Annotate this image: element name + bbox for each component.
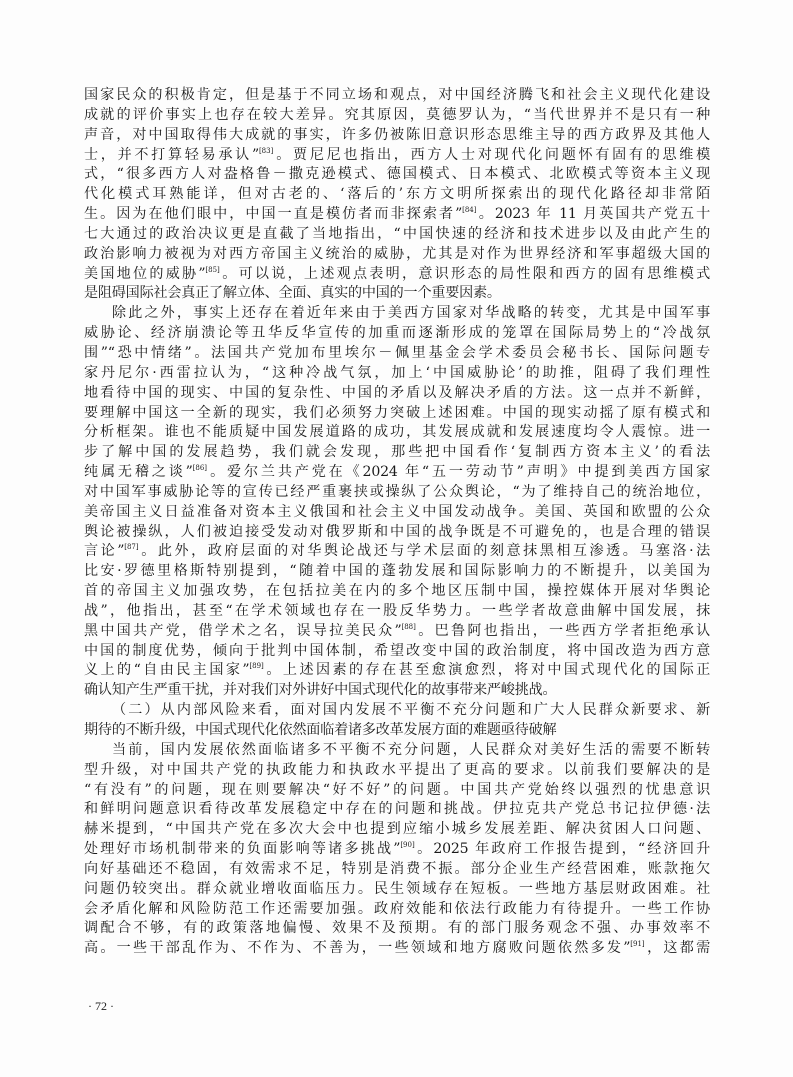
line-text: “有没有”的问题，现在则要解决“好不好”的问题。中国共产党始终以强烈的忧患意识 <box>84 782 710 798</box>
line-text: 生。因为在他们眼中，中国一直是模仿者而非探索者” <box>84 206 462 222</box>
line-text: 赫米提到，“中国共产党在多次大会中也提到应缩小城乡发展差距、解决贫困人口问题、 <box>84 821 710 837</box>
text-line: 七大通过的政治决议更是直截了当地指出，“中国快速的经济和技术进步以及由此产生的 <box>84 225 710 245</box>
line-text: 代化模式耳熟能详，但对古老的、‘落后的’东方文明所探索出的现代化路径却非常陌 <box>84 186 710 202</box>
line-text: 威胁论、经济崩溃论等丑华反华宣传的加重而逐渐形成的笼罩在国际局势上的“冷战氛 <box>84 325 710 341</box>
text-line: 首的帝国主义加强攻势，在包括拉美在内的多个地区压制中国，操控媒体开展对华舆论 <box>84 582 710 602</box>
text-line: 问题仍较突出。群众就业增收面临压力。民生领域存在短板。一些地方基层财政困难。社 <box>84 880 710 900</box>
citation-marker: [84] <box>462 206 476 214</box>
text-line: 会矛盾化解和风险防范工作还需要加强。政府效能和依法行政能力有待提升。一些工作协 <box>84 900 710 920</box>
line-text: 对中国军事威胁论等的宣传已经严重裹挟或操纵了公众舆论，“为了维持自己的统治地位， <box>84 484 710 500</box>
text-line: （二）从内部风险来看，面对国内发展不平衡不充分问题和广大人民群众新要求、新 <box>84 701 710 721</box>
text-line: 处理好市场机制带来的负面影响等诸多挑战”[90]。2025 年政府工作报告提到，… <box>84 840 710 860</box>
line-text-continued: 。上述因素的存在甚至愈演愈烈，将对中国式现代化的国际正 <box>264 662 710 678</box>
line-text: 除此之外，事实上还存在着近年来由于美西方国家对华战略的转变，尤其是中国军事 <box>112 305 710 321</box>
text-line: 高。一些干部乱作为、不作为、不善为，一些领域和地方腐败问题依然多发”[91]，这… <box>84 939 710 959</box>
line-text: 士，并不打算轻易承认” <box>84 147 259 163</box>
line-text: 声音，对中国取得伟大成就的事实，许多仍被陈旧意识形态思维主导的西方政界及其他人 <box>84 127 710 143</box>
text-line: 美帝国主义日益准备对资本主义俄国和社会主义中国发动战争。美国、英国和欧盟的公众 <box>84 503 710 523</box>
line-text: 黑中国共产党，借学术之名，误导拉美民众” <box>84 623 401 639</box>
text-line: 期待的不断升级，中国式现代化依然面临着诸多改革发展方面的难题亟待破解 <box>84 721 710 741</box>
line-text: 要理解中国这一全新的现实，我们必须努力突破上述困难。中国的现实动摇了原有模式和 <box>84 405 710 421</box>
line-text: 围”“恐中情绪”。法国共产党加布里埃尔－佩里基金会学术委员会秘书长、国际问题专 <box>84 345 710 361</box>
line-text-continued: 。爱尔兰共产党在《2024 年“五一劳动节”声明》中提到美西方国家 <box>207 464 710 480</box>
line-text: 美帝国主义日益准备对资本主义俄国和社会主义中国发动战争。美国、英国和欧盟的公众 <box>84 504 710 520</box>
text-line: 士，并不打算轻易承认”[83]。贾尼尼也指出，西方人士对现代化问题怀有固有的思维… <box>84 146 710 166</box>
line-text: 问题仍较突出。群众就业增收面临压力。民生领域存在短板。一些地方基层财政困难。社 <box>84 881 710 897</box>
line-text: 义上的“自由民主国家” <box>84 662 249 678</box>
citation-marker: [87] <box>124 543 138 551</box>
text-line: 对中国军事威胁论等的宣传已经严重裹挟或操纵了公众舆论，“为了维持自己的统治地位， <box>84 483 710 503</box>
text-line: 黑中国共产党，借学术之名，误导拉美民众”[88]。巴鲁阿也指出，一些西方学者拒绝… <box>84 622 710 642</box>
line-text: 舆论被操纵，人们被迫接受发动对俄罗斯和中国的战争既是不可避免的，也是合理的错误 <box>84 524 710 540</box>
citation-marker: [90] <box>400 841 414 849</box>
text-line: 纯属无稽之谈”[86]。爱尔兰共产党在《2024 年“五一劳动节”声明》中提到美… <box>84 463 710 483</box>
text-line: “有没有”的问题，现在则要解决“好不好”的问题。中国共产党始终以强烈的忧患意识 <box>84 781 710 801</box>
text-line: 是阻碍国际社会真正了解立体、全面、真实的中国的一个重要因素。 <box>84 284 710 304</box>
line-text: 是阻碍国际社会真正了解立体、全面、真实的中国的一个重要因素。 <box>84 285 501 301</box>
text-line: 赫米提到，“中国共产党在多次大会中也提到应缩小城乡发展差距、解决贫困人口问题、 <box>84 820 710 840</box>
text-line: 家丹尼尔·西雷拉认为，“这种冷战气氛，加上‘中国威胁论’的助推，阻碍了我们理性 <box>84 364 710 384</box>
text-line: 言论”[87]。此外，政府层面的对华舆论战还与学术层面的刻意抹黑相互渗透。马塞洛… <box>84 542 710 562</box>
line-text: 首的帝国主义加强攻势，在包括拉美在内的多个地区压制中国，操控媒体开展对华舆论 <box>84 583 710 599</box>
text-line: 地看待中国的现实、中国的复杂性、中国的矛盾以及解决矛盾的方法。这一点并不新鲜， <box>84 384 710 404</box>
citation-marker: [89] <box>249 662 263 670</box>
text-line: 战”，他指出，甚至“在学术领域也存在一股反华势力。一些学者故意曲解中国发展，抹 <box>84 602 710 622</box>
line-text-continued: 。此外，政府层面的对华舆论战还与学术层面的刻意抹黑相互渗透。马塞洛·法 <box>139 543 710 559</box>
text-line: 向好基础还不稳固，有效需求不足，特别是消费不振。部分企业生产经营困难，账款拖欠 <box>84 860 710 880</box>
line-text: 言论” <box>84 543 124 559</box>
text-line: 政治影响力被视为对西方帝国主义统治的威胁，尤其是对作为世界经济和军事超级大国的 <box>84 245 710 265</box>
text-line: 代化模式耳熟能详，但对古老的、‘落后的’东方文明所探索出的现代化路径却非常陌 <box>84 185 710 205</box>
line-text: 政治影响力被视为对西方帝国主义统治的威胁，尤其是对作为世界经济和军事超级大国的 <box>84 246 710 262</box>
line-text: 成就的评价事实上也存在较大差异。究其原因，莫德罗认为，“当代世界并不是只有一种 <box>84 107 710 123</box>
line-text: 处理好市场机制带来的负面影响等诸多挑战” <box>84 841 400 857</box>
citation-marker: [91] <box>630 940 644 948</box>
text-line: 步了解中国的发展趋势，我们就会发现，那些把中国看作‘复制西方资本主义’的看法 <box>84 443 710 463</box>
line-text: 纯属无稽之谈” <box>84 464 193 480</box>
line-text-continued: 。2025 年政府工作报告提到，“经济回升 <box>415 841 710 857</box>
text-line: 国家民众的积极肯定，但是基于不同立场和观点，对中国经济腾飞和社会主义现代化建设 <box>84 86 710 106</box>
text-line: 围”“恐中情绪”。法国共产党加布里埃尔－佩里基金会学术委员会秘书长、国际问题专 <box>84 344 710 364</box>
text-line: 美国地位的威胁”[85]。可以说，上述观点表明，意识形态的局性限和西方的固有思维… <box>84 265 710 285</box>
text-line: 威胁论、经济崩溃论等丑华反华宣传的加重而逐渐形成的笼罩在国际局势上的“冷战氛 <box>84 324 710 344</box>
line-text: 国家民众的积极肯定，但是基于不同立场和观点，对中国经济腾飞和社会主义现代化建设 <box>84 87 710 103</box>
citation-marker: [88] <box>401 623 415 631</box>
line-text-continued: 。2023 年 11 月英国共产党五十 <box>476 206 710 222</box>
line-text: 和鲜明问题意识看待改革发展稳定中存在的问题和挑战。伊拉克共产党总书记拉伊德·法 <box>84 801 710 817</box>
line-text: 家丹尼尔·西雷拉认为，“这种冷战气氛，加上‘中国威胁论’的助推，阻碍了我们理性 <box>84 365 710 381</box>
line-text-continued: ，这都需 <box>645 940 710 956</box>
line-text: 中国的制度优势，倾向于批判中国体制，希望改变中国的政治制度，将中国改造为西方意 <box>84 643 710 659</box>
text-line: 确认知产生严重干扰，并对我们对外讲好中国式现代化的故事带来严峻挑战。 <box>84 681 710 701</box>
line-text: 型升级，对中国共产党的执政能力和执政水平提出了更高的要求。以前我们要解决的是 <box>84 762 710 778</box>
document-page: 国家民众的积极肯定，但是基于不同立场和观点，对中国经济腾飞和社会主义现代化建设成… <box>0 0 793 1077</box>
line-text: 美国地位的威胁” <box>84 266 205 282</box>
text-line: 舆论被操纵，人们被迫接受发动对俄罗斯和中国的战争既是不可避免的，也是合理的错误 <box>84 523 710 543</box>
line-text-continued: 。可以说，上述观点表明，意识形态的局性限和西方的固有思维模式 <box>220 266 710 282</box>
text-line: 调配合不够，有的政策落地偏慢、效果不及预期。有的部门服务观念不强、办事效率不 <box>84 919 710 939</box>
text-line: 和鲜明问题意识看待改革发展稳定中存在的问题和挑战。伊拉克共产党总书记拉伊德·法 <box>84 800 710 820</box>
text-line: 型升级，对中国共产党的执政能力和执政水平提出了更高的要求。以前我们要解决的是 <box>84 761 710 781</box>
text-line: 中国的制度优势，倾向于批判中国体制，希望改变中国的政治制度，将中国改造为西方意 <box>84 642 710 662</box>
text-line: 比安·罗德里格斯特别提到，“随着中国的蓬勃发展和国际影响力的不断提升，以美国为 <box>84 562 710 582</box>
citation-marker: [83] <box>259 147 273 155</box>
text-line: 分析框架。谁也不能质疑中国发展道路的成功，其发展成就和发展速度均令人震惊。进一 <box>84 423 710 443</box>
line-text: 期待的不断升级，中国式现代化依然面临着诸多改革发展方面的难题亟待破解 <box>84 722 556 738</box>
line-text: 向好基础还不稳固，有效需求不足，特别是消费不振。部分企业生产经营困难，账款拖欠 <box>84 861 710 877</box>
line-text: 式，“很多西方人对盎格鲁－撒克逊模式、德国模式、日本模式、北欧模式等资本主义现 <box>84 166 710 182</box>
line-text: 高。一些干部乱作为、不作为、不善为，一些领域和地方腐败问题依然多发” <box>84 940 630 956</box>
line-text: 会矛盾化解和风险防范工作还需要加强。政府效能和依法行政能力有待提升。一些工作协 <box>84 901 710 917</box>
line-text: 分析框架。谁也不能质疑中国发展道路的成功，其发展成就和发展速度均令人震惊。进一 <box>84 424 710 440</box>
page-number: · 72 · <box>88 999 114 1014</box>
line-text: 七大通过的政治决议更是直截了当地指出，“中国快速的经济和技术进步以及由此产生的 <box>84 226 710 242</box>
citation-marker: [86] <box>193 464 207 472</box>
line-text: 战”，他指出，甚至“在学术领域也存在一股反华势力。一些学者故意曲解中国发展，抹 <box>84 603 710 619</box>
text-line: 生。因为在他们眼中，中国一直是模仿者而非探索者”[84]。2023 年 11 月… <box>84 205 710 225</box>
text-line: 当前，国内发展依然面临诸多不平衡不充分问题，人民群众对美好生活的需要不断转 <box>84 741 710 761</box>
text-line: 式，“很多西方人对盎格鲁－撒克逊模式、德国模式、日本模式、北欧模式等资本主义现 <box>84 165 710 185</box>
text-line: 声音，对中国取得伟大成就的事实，许多仍被陈旧意识形态思维主导的西方政界及其他人 <box>84 126 710 146</box>
text-line: 成就的评价事实上也存在较大差异。究其原因，莫德罗认为，“当代世界并不是只有一种 <box>84 106 710 126</box>
line-text: 步了解中国的发展趋势，我们就会发现，那些把中国看作‘复制西方资本主义’的看法 <box>84 444 710 460</box>
line-text: 地看待中国的现实、中国的复杂性、中国的矛盾以及解决矛盾的方法。这一点并不新鲜， <box>84 385 710 401</box>
line-text: 调配合不够，有的政策落地偏慢、效果不及预期。有的部门服务观念不强、办事效率不 <box>84 920 710 936</box>
line-text: （二）从内部风险来看，面对国内发展不平衡不充分问题和广大人民群众新要求、新 <box>112 702 710 718</box>
body-text: 国家民众的积极肯定，但是基于不同立场和观点，对中国经济腾飞和社会主义现代化建设成… <box>84 86 710 959</box>
line-text: 比安·罗德里格斯特别提到，“随着中国的蓬勃发展和国际影响力的不断提升，以美国为 <box>84 563 710 579</box>
line-text-continued: 。贾尼尼也指出，西方人士对现代化问题怀有固有的思维模 <box>273 147 710 163</box>
line-text-continued: 。巴鲁阿也指出，一些西方学者拒绝承认 <box>416 623 710 639</box>
line-text: 当前，国内发展依然面临诸多不平衡不充分问题，人民群众对美好生活的需要不断转 <box>112 742 710 758</box>
text-line: 要理解中国这一全新的现实，我们必须努力突破上述困难。中国的现实动摇了原有模式和 <box>84 404 710 424</box>
text-line: 义上的“自由民主国家”[89]。上述因素的存在甚至愈演愈烈，将对中国式现代化的国… <box>84 661 710 681</box>
text-line: 除此之外，事实上还存在着近年来由于美西方国家对华战略的转变，尤其是中国军事 <box>84 304 710 324</box>
citation-marker: [85] <box>205 266 219 274</box>
line-text: 确认知产生严重干扰，并对我们对外讲好中国式现代化的故事带来严峻挑战。 <box>84 682 556 698</box>
